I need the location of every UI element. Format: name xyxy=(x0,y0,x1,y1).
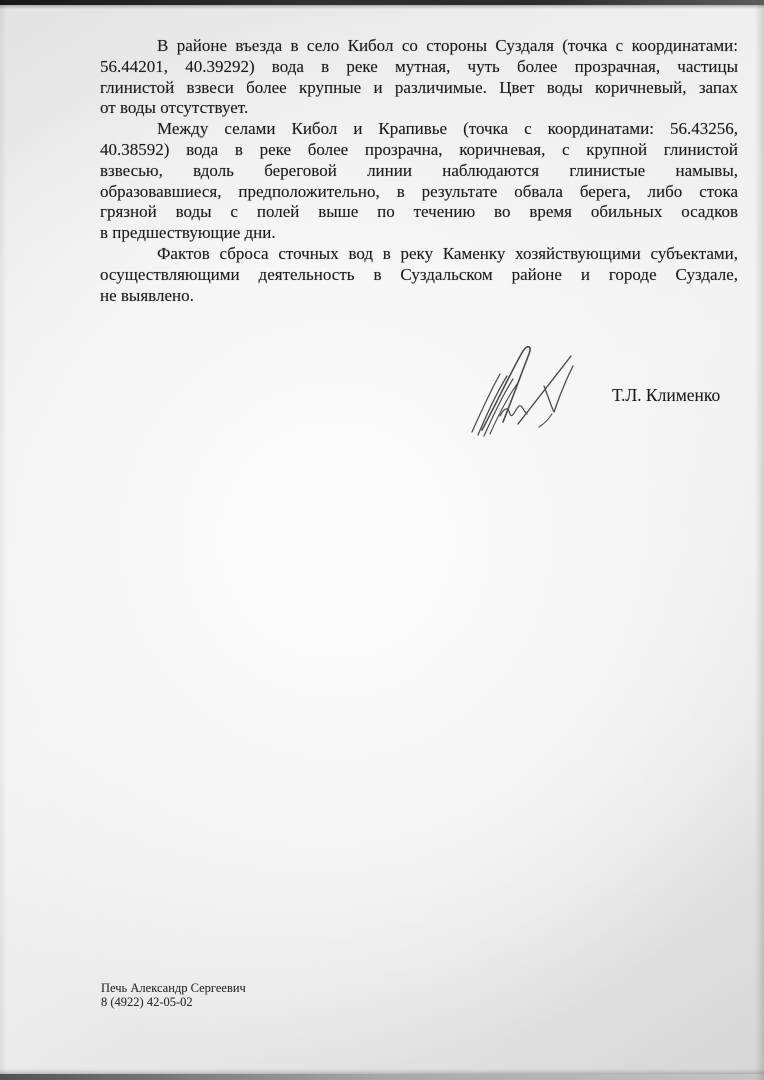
text-line: не выявлено. xyxy=(100,286,738,307)
signature-icon xyxy=(466,344,588,440)
scanned-document-page: В районе въезда в село Кибол со стороны … xyxy=(0,0,764,1080)
footer-contact-block: Печь Александр Сергеевич 8 (4922) 42-05-… xyxy=(101,982,246,1010)
text-line: в предшествующие дни. xyxy=(100,223,738,244)
footer-phone: 8 (4922) 42-05-02 xyxy=(101,996,246,1010)
text-line: 56.44201, 40.39292) вода в реке мутная, … xyxy=(100,57,738,78)
text-line: Между селами Кибол и Крапивье (точка с к… xyxy=(100,119,738,140)
text-line: осуществляющими деятельность в Суздальск… xyxy=(100,265,738,286)
text-line: образовавшиеся, предположительно, в резу… xyxy=(100,182,738,203)
text-line: Фактов сброса сточных вод в реку Каменку… xyxy=(100,244,738,265)
text-line: от воды отсутствует. xyxy=(100,98,738,119)
text-line: взвесью, вдоль береговой линии наблюдают… xyxy=(100,161,738,182)
scan-edge-left xyxy=(0,0,7,1080)
footer-contact-name: Печь Александр Сергеевич xyxy=(101,982,246,996)
scan-edge-bottom xyxy=(0,1074,764,1080)
text-line: глинистой взвеси более крупные и различи… xyxy=(100,78,738,99)
body-text: В районе въезда в село Кибол со стороны … xyxy=(100,36,738,306)
scan-edge-top xyxy=(0,0,764,5)
text-line: В районе въезда в село Кибол со стороны … xyxy=(100,36,738,57)
text-line: грязной воды с полей выше по течению во … xyxy=(100,202,738,223)
scan-edge-right xyxy=(755,0,764,1080)
signatory-name: Т.Л. Клименко xyxy=(612,385,742,406)
text-line: 40.38592) вода в реке более прозрачна, к… xyxy=(100,140,738,161)
